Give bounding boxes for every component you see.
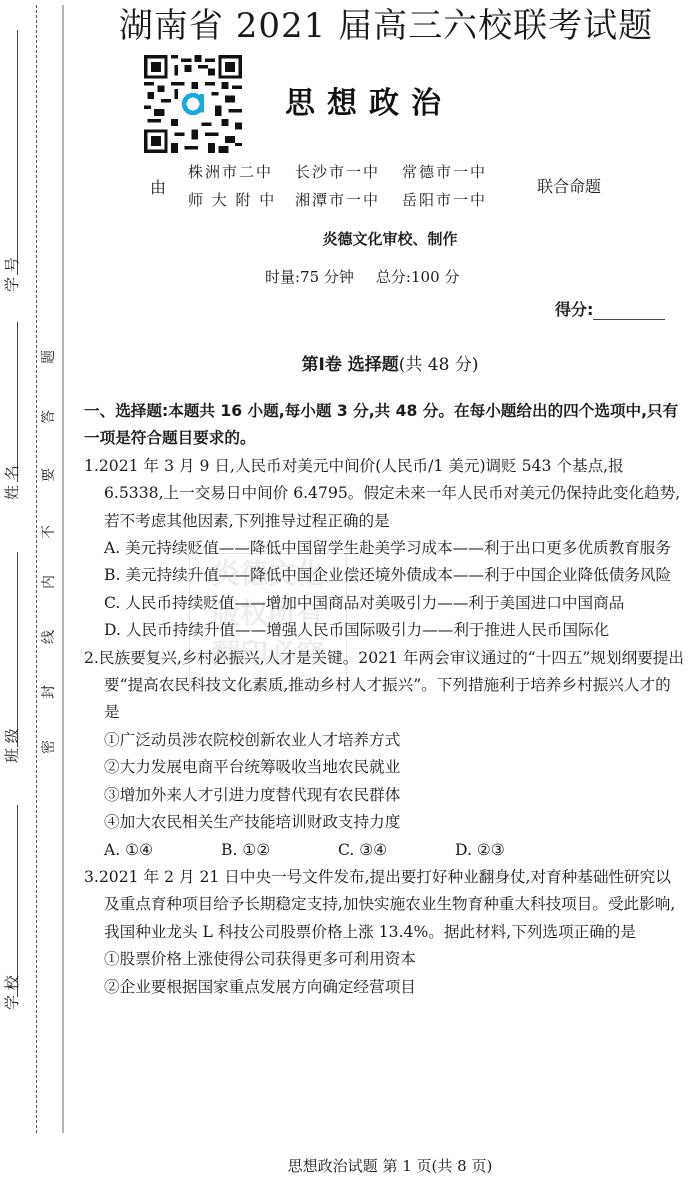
- student-id-field[interactable]: [17, 322, 18, 482]
- class-label: 班 级: [5, 728, 20, 763]
- choice-row: A. ①④ B. ①② C. ③④ D. ②③: [84, 837, 684, 864]
- name-field[interactable]: [17, 552, 18, 747]
- section-title-points: (共 48 分): [399, 355, 479, 375]
- seal-char: 答: [42, 410, 56, 424]
- score-label: 得分:: [555, 300, 593, 319]
- statement-1: ①股票价格上涨使得公司获得更多可利用资本: [84, 946, 684, 973]
- exam-title: 湖南省 2021 届高三六校联考试题: [96, 4, 676, 48]
- seal-char: 封: [42, 685, 56, 699]
- choice-d: D. ②③: [455, 837, 572, 864]
- choice-a: A. ①④: [104, 837, 221, 864]
- school-name: 常德市一中: [402, 158, 509, 186]
- seal-char: 内: [42, 575, 56, 589]
- question-content: 一、选择题:本题共 16 小题,每小题 3 分,共 48 分。在每小题给出的四个…: [84, 398, 684, 1001]
- school-name: 师 大 附 中: [188, 186, 295, 214]
- school-name: 长沙市一中: [295, 158, 402, 186]
- choice-b: B. ①②: [221, 837, 338, 864]
- instructions: 一、选择题:本题共 16 小题,每小题 3 分,共 48 分。在每小题给出的四个…: [84, 398, 684, 453]
- joint-label: 联合命题: [537, 174, 601, 197]
- statement-4: ④加大农民相关生产技能培训财政支持力度: [84, 809, 684, 836]
- school-name: 湘潭市一中: [295, 186, 402, 214]
- seal-char: 线: [42, 630, 56, 644]
- name-label: 姓 名: [5, 465, 20, 500]
- score-box: 得分:: [555, 297, 665, 320]
- option-a: A. 美元持续贬值——降低中国留学生赴美学习成本——利于出口更多优质教育服务: [84, 535, 684, 562]
- class-field[interactable]: [17, 805, 18, 997]
- subject-title: 思想政治: [285, 84, 453, 124]
- school-name: 岳阳市一中: [402, 186, 509, 214]
- margin-border-line: [62, 5, 64, 1133]
- statement-1: ①广泛动员涉农院校创新农业人才培养方式: [84, 727, 684, 754]
- question-1: 1.2021 年 3 月 9 日,人民币对美元中间价(人民币/1 美元)调贬 5…: [84, 453, 684, 645]
- seal-char: 要: [42, 468, 56, 482]
- statement-3: ③增加外来人才引进力度替代现有农民群体: [84, 782, 684, 809]
- by-label: 由: [150, 175, 166, 198]
- qr-code-icon[interactable]: [144, 55, 242, 153]
- seal-dotted-line: [36, 5, 37, 1133]
- binding-margin: 学 号 姓 名 班 级 学 校 题 答 要 不 内 线 封 密: [0, 0, 66, 1193]
- option-d: D. 人民币持续升值——增强人民币国际吸引力——利于推进人民币国际化: [84, 617, 684, 644]
- question-stem: 2.民族要复兴,乡村必振兴,人才是关键。2021 年两会审议通过的“十四五”规划…: [84, 645, 684, 727]
- exam-info: 时量:75 分钟总分:100 分: [265, 266, 459, 287]
- score-field[interactable]: [593, 303, 665, 320]
- section-title-bold: 第Ⅰ卷 选择题: [302, 355, 399, 375]
- question-stem: 3.2021 年 2 月 21 日中央一号文件发布,提出要打好种业翻身仗,对育种…: [84, 864, 684, 946]
- school-list: 株洲市二中长沙市一中常德市一中 师 大 附 中湘潭市一中岳阳市一中: [188, 158, 509, 214]
- question-2: 2.民族要复兴,乡村必振兴,人才是关键。2021 年两会审议通过的“十四五”规划…: [84, 645, 684, 864]
- seal-char: 不: [42, 525, 56, 539]
- question-3: 3.2021 年 2 月 21 日中央一号文件发布,提出要打好种业翻身仗,对育种…: [84, 864, 684, 1001]
- school-label: 学 校: [5, 975, 20, 1010]
- producer-label: 炎德文化审校、制作: [0, 228, 700, 249]
- option-b: B. 美元持续升值——降低中国企业偿还境外债成本——利于中国企业降低债务风险: [84, 562, 684, 589]
- statement-2: ②大力发展电商平台统筹吸收当地农民就业: [84, 754, 684, 781]
- student-id-label: 学 号: [5, 257, 20, 292]
- statement-2: ②企业要根据国家重点发展方向确定经营项目: [84, 974, 684, 1001]
- question-stem: 1.2021 年 3 月 9 日,人民币对美元中间价(人民币/1 美元)调贬 5…: [84, 453, 684, 535]
- choice-c: C. ③④: [338, 837, 455, 864]
- page-footer: 思想政治试题 第 1 页(共 8 页): [0, 1155, 700, 1176]
- time-limit: 时量:75 分钟: [265, 268, 354, 286]
- option-c: C. 人民币持续贬值——增加中国商品对美吸引力——利于美国进口中国商品: [84, 590, 684, 617]
- seal-char: 密: [42, 740, 56, 754]
- school-name: 株洲市二中: [188, 158, 295, 186]
- total-score: 总分:100 分: [376, 268, 459, 286]
- section-title: 第Ⅰ卷 选择题(共 48 分): [0, 350, 700, 375]
